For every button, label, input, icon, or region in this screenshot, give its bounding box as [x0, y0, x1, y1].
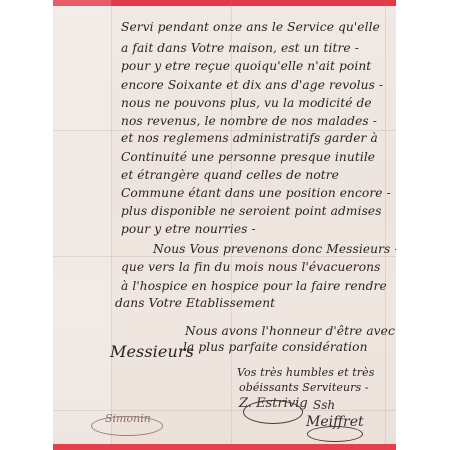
left-margin — [53, 0, 111, 450]
fold-line-vertical — [111, 0, 112, 450]
signature-flourish — [91, 416, 163, 436]
letter-page: Servi pendant onze ans le Service qu'ell… — [53, 0, 396, 450]
body-line: et étrangère quand celles de notre — [121, 168, 339, 182]
body-line: nous ne pouvons plus, vu la modicité de — [121, 96, 372, 110]
valediction-line: obéissants Serviteurs - — [239, 381, 369, 394]
body-line: Continuité une personne presque inutile — [121, 150, 375, 164]
body-line: pour y etre nourries - — [121, 222, 256, 236]
fold-line-vertical — [385, 0, 386, 450]
signature: Ssh — [313, 398, 335, 412]
body-line: que vers la fin du mois nous l'évacueron… — [121, 260, 380, 274]
closing-line: Nous avons l'honneur d'être avec — [185, 324, 395, 338]
bottom-red-border — [53, 444, 396, 450]
body-line: Servi pendant onze ans le Service qu'ell… — [121, 20, 380, 34]
body-line: a fait dans Votre maison, est un titre - — [121, 41, 359, 55]
body-line: dans Votre Etablissement — [115, 296, 275, 310]
closing-line: la plus parfaite considération — [183, 340, 368, 354]
body-line: Commune étant dans une position encore - — [121, 186, 391, 200]
body-line: Nous Vous prevenons donc Messieurs - — [153, 242, 396, 256]
body-line: nos revenus, le nombre de nos malades - — [121, 114, 377, 128]
fold-line-horizontal — [53, 410, 396, 411]
body-line: pour y etre reçue quoiqu'elle n'ait poin… — [121, 59, 371, 73]
body-line: encore Soixante et dix ans d'age revolus… — [121, 78, 383, 92]
fold-line-horizontal — [53, 256, 396, 257]
body-line: et nos reglemens administratifs garder à — [121, 131, 378, 145]
signature-flourish — [243, 400, 303, 424]
body-line: à l'hospice en hospice pour la faire ren… — [121, 279, 387, 293]
body-line: plus disponible ne seroient point admise… — [121, 204, 382, 218]
signature-flourish — [307, 426, 363, 442]
valediction-line: Vos très humbles et très — [237, 366, 375, 379]
salutation: Messieurs — [110, 342, 194, 361]
